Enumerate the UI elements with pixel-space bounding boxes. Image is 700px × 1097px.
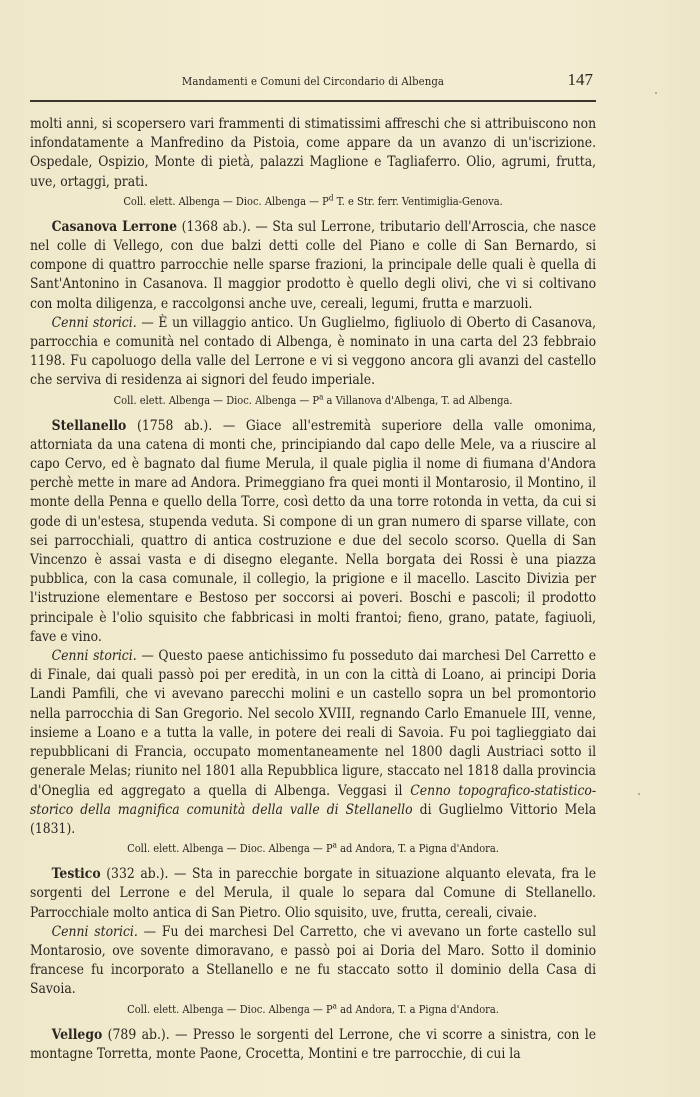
body-text: molti anni, si scopersero vari frammenti… <box>30 115 596 1064</box>
comune-name: Stellanello <box>52 418 127 434</box>
comune-name: Vellego <box>52 1027 103 1043</box>
admin-note: Coll. elett. Albenga — Dioc. Albenga — P… <box>30 840 596 857</box>
page-number: 147 <box>568 70 594 90</box>
page-header: Mandamenti e Comuni del Circondario di A… <box>30 70 596 92</box>
paragraph: Casanova Lerrone (1368 ab.). — Sta sul L… <box>30 218 596 314</box>
running-title: Mandamenti e Comuni del Circondario di A… <box>64 74 562 88</box>
scan-speck <box>655 92 657 94</box>
comune-name: Casanova Lerrone <box>52 219 177 235</box>
entry-continuation: molti anni, si scopersero vari frammenti… <box>30 115 596 210</box>
admin-note: Coll. elett. Albenga — Dioc. Albenga — P… <box>30 1001 596 1018</box>
admin-note: Coll. elett. Albenga — Dioc. Albenga — P… <box>30 392 596 409</box>
scan-speck <box>638 793 640 795</box>
header-rule <box>30 100 596 102</box>
paragraph: molti anni, si scopersero vari frammenti… <box>30 115 596 192</box>
paragraph: Testico (332 ab.). — Sta in parecchie bo… <box>30 865 596 923</box>
comune-name: Testico <box>52 866 101 882</box>
paragraph: Vellego (789 ab.). — Presso le sorgenti … <box>30 1026 596 1064</box>
history-paragraph: Cenni storici. — Fu dei marchesi Del Car… <box>30 923 596 1000</box>
history-paragraph: Cenni storici. — È un villaggio antico. … <box>30 314 596 391</box>
admin-note: Coll. elett. Albenga — Dioc. Albenga — P… <box>30 193 596 210</box>
entry-casanova-lerrone: Casanova Lerrone (1368 ab.). — Sta sul L… <box>30 218 596 409</box>
entry-testico: Testico (332 ab.). — Sta in parecchie bo… <box>30 865 596 1017</box>
entry-vellego: Vellego (789 ab.). — Presso le sorgenti … <box>30 1026 596 1064</box>
paragraph: Stellanello (1758 ab.). — Giace all'estr… <box>30 417 596 647</box>
entry-stellanello: Stellanello (1758 ab.). — Giace all'estr… <box>30 417 596 857</box>
history-paragraph: Cenni storici. — Questo paese antichissi… <box>30 647 596 839</box>
